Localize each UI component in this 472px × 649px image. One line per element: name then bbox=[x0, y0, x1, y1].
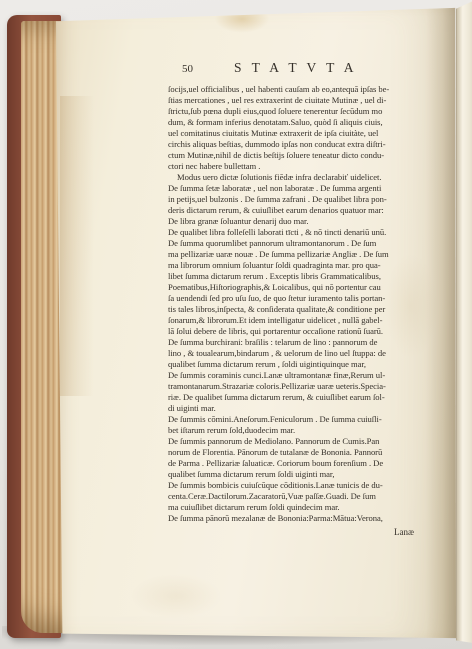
text-line: riæ. De qualibet ſumma dictarum rerum, &… bbox=[168, 392, 444, 403]
facing-page-edge bbox=[456, 1, 472, 643]
text-line: lino , & toualearum,bindarum , & uelorum… bbox=[168, 348, 444, 359]
text-line: uel comitatinus ciuitatis Mutinæ extraxe… bbox=[168, 128, 444, 139]
text-line: ſa uendendi ſed pro uſu ſuo, de quo ſtet… bbox=[168, 293, 444, 304]
text-line: ctori nec habere bullettam . bbox=[168, 161, 444, 172]
text-line: qualibet ſumma dictarum rerum ſoldi uigi… bbox=[168, 469, 444, 480]
text-line: De libra granæ ſoluantur denarij duo mar… bbox=[168, 216, 444, 227]
page-number: 50 bbox=[182, 63, 193, 75]
paper-stain bbox=[116, 566, 236, 626]
text-line: De ſummis pannorum de Mediolano. Pannoru… bbox=[168, 436, 444, 447]
text-line: De ſummis coraminis cunci.Lanæ ultramont… bbox=[168, 370, 444, 381]
text-line: De ſumma pānorū mezalanæ de Bononia:Parm… bbox=[168, 513, 444, 524]
text-line: De ſummis bombicis cuiuſcūque cōditionis… bbox=[168, 480, 444, 491]
text-line: ſtrictu,ſub pœna dupli eius,quod ſoluere… bbox=[168, 106, 444, 117]
text-line: ma cuiuſlibet dictarum rerum ſoldi quind… bbox=[168, 502, 444, 513]
text-line: bet iſtarum rerum ſold,duodecim mar. bbox=[168, 425, 444, 436]
text-line: ſonarum,& librorum.Et idem intelligatur … bbox=[168, 315, 444, 326]
text-line: Poematibus,Hiſtoriographis,& Loicalibus,… bbox=[168, 282, 444, 293]
gutter-shadow bbox=[426, 6, 456, 640]
book-page: 50 S T A T V T A ſocijs,uel officialibus… bbox=[56, 6, 456, 640]
text-line: ſocijs,uel officialibus , uel habenti ca… bbox=[168, 84, 444, 95]
text-line: di uiginti mar. bbox=[168, 403, 444, 414]
photo-background: 50 S T A T V T A ſocijs,uel officialibus… bbox=[0, 0, 472, 649]
text-block: ſocijs,uel officialibus , uel habenti ca… bbox=[168, 84, 444, 524]
text-line: ſtias mercationes , uel res extraxerint … bbox=[168, 95, 444, 106]
text-line: De qualibet libra folleſelli laborati tī… bbox=[168, 227, 444, 238]
text-line: qualibet ſumma dictarum rerum , ſoldi ui… bbox=[168, 359, 444, 370]
text-line: De ſummis cōmini.Aneſorum.Feniculorum . … bbox=[168, 414, 444, 425]
text-line: De ſumma ſetæ laboratæ , uel non laborat… bbox=[168, 183, 444, 194]
text-line: in petijs,uel bulzonis . De ſumma zafran… bbox=[168, 194, 444, 205]
text-line: lā ſolui debere de libris, qui portarent… bbox=[168, 326, 444, 337]
paper-stain bbox=[60, 96, 94, 396]
text-line: tis tales libros,inſpecta, & conſiderata… bbox=[168, 304, 444, 315]
running-title: S T A T V T A bbox=[234, 60, 357, 76]
text-line: norum de Florentia. Pānorum de tutalanæ … bbox=[168, 447, 444, 458]
catchword: Lanæ bbox=[394, 527, 414, 537]
text-line: centa.Ceræ.Dactilorum.Zacaratorū,Vuæ paſ… bbox=[168, 491, 444, 502]
text-line: De ſumma burchirani: braſilis : telarum … bbox=[168, 337, 444, 348]
text-line: ctum Mutinæ,nihil de dictis beſtijs ſolu… bbox=[168, 150, 444, 161]
paper-stain bbox=[204, 0, 280, 38]
text-line: ma librorum omnium ſoluantur ſoldi quadr… bbox=[168, 260, 444, 271]
text-line: libet ſumma dictarum rerum . Exceptis li… bbox=[168, 271, 444, 282]
text-line: deris dictarum rerum, & cuiuſlibet earum… bbox=[168, 205, 444, 216]
text-line: Modus uero dictæ ſolutionis fiēdæ infra … bbox=[168, 172, 444, 183]
text-line: tramontanarum.Strazariæ coloris.Pellizar… bbox=[168, 381, 444, 392]
text-line: De ſumma quorumlibet pannorum ultramonta… bbox=[168, 238, 444, 249]
text-line: circhis aliquas beſtias, dummodo ipſas n… bbox=[168, 139, 444, 150]
text-line: dum, & formam inferius denotatam.Saluo, … bbox=[168, 117, 444, 128]
text-line: de Parma . Pellizariæ ſaluaticæ. Corioru… bbox=[168, 458, 444, 469]
text-line: ma pellizariæ uaræ nouæ . De ſumma pelli… bbox=[168, 249, 444, 260]
